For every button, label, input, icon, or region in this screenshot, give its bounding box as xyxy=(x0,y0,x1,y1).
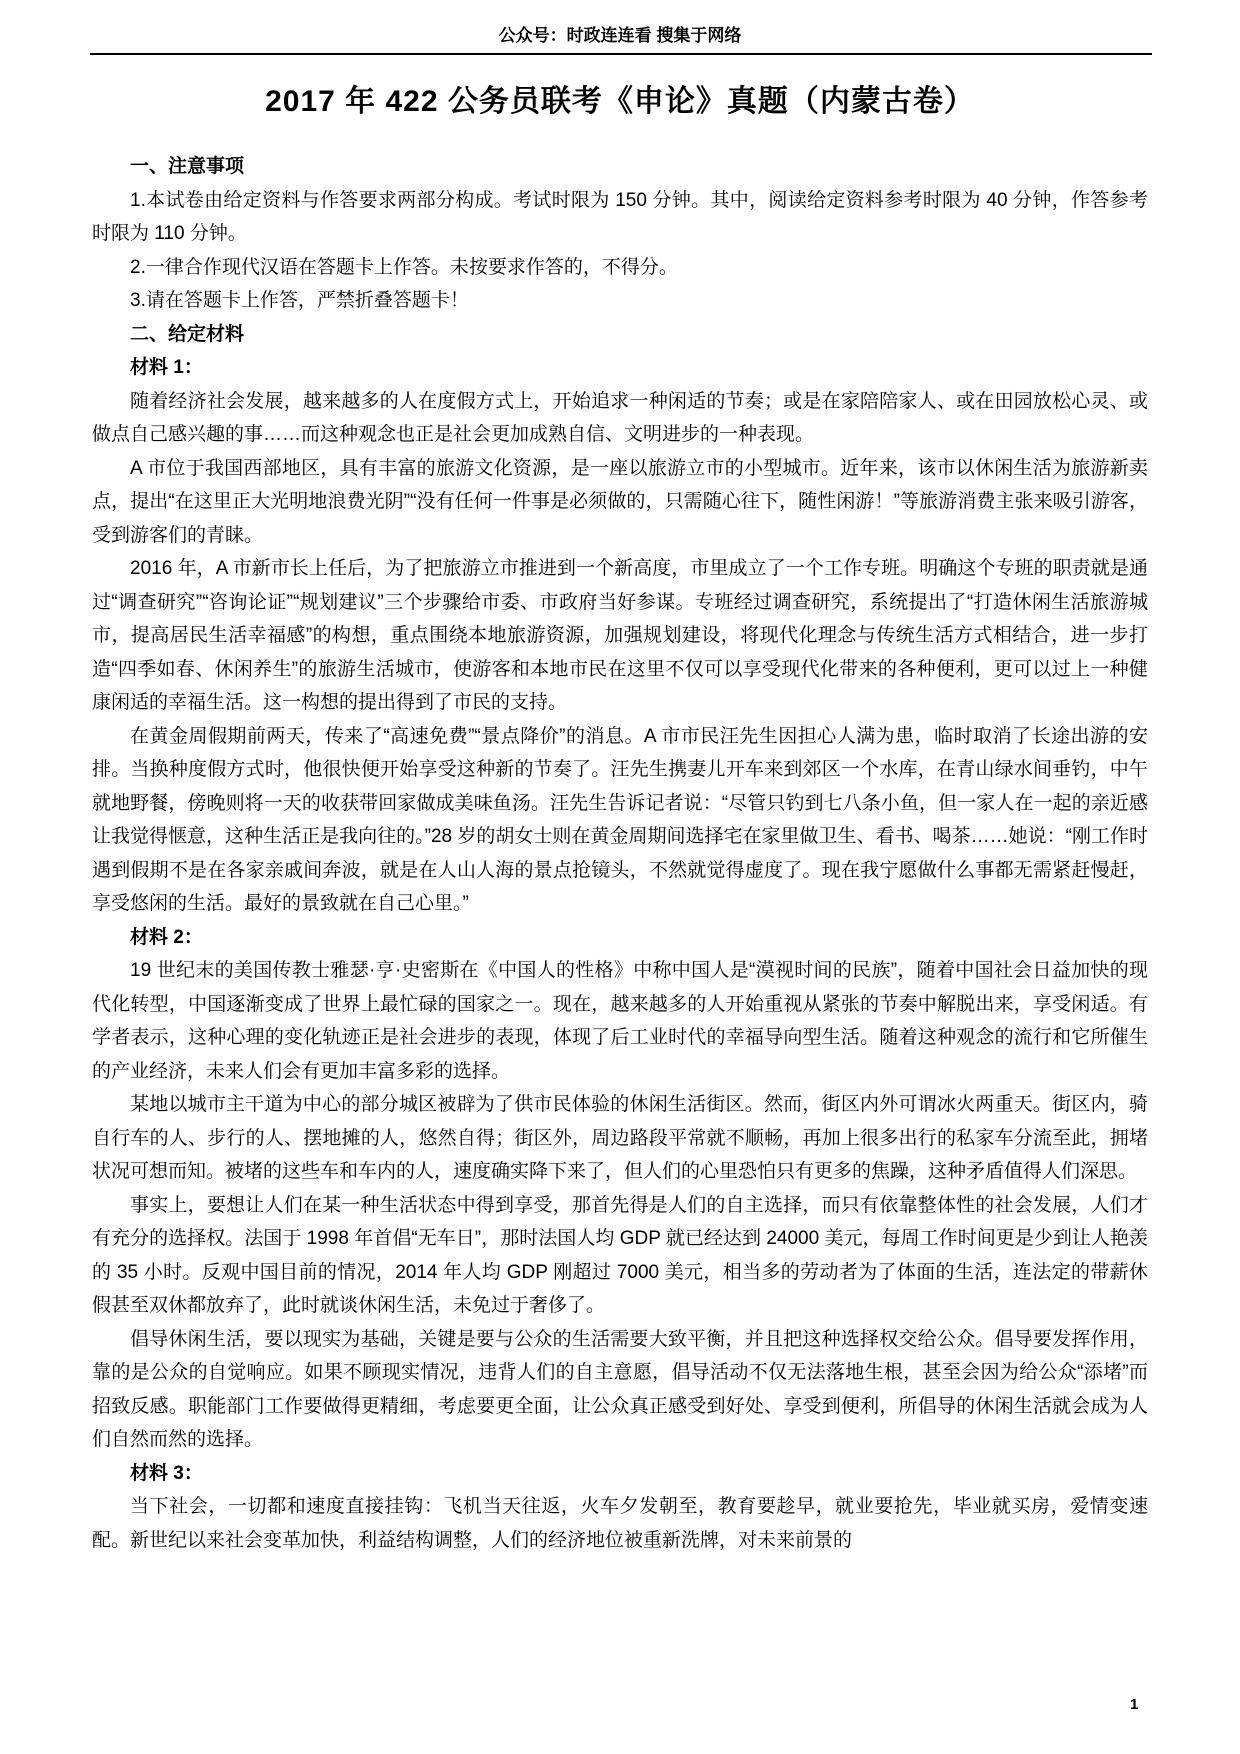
header-watermark: 公众号：时政连连看 搜集于网络 xyxy=(0,21,1240,46)
notice-section-heading: 一、注意事项 xyxy=(92,150,1148,184)
material-2-heading: 材料 2： xyxy=(92,921,1148,955)
material-1-paragraph-2: A 市位于我国西部地区，具有丰富的旅游文化资源，是一座以旅游立市的小型城市。近年… xyxy=(92,452,1148,553)
material-1-paragraph-3: 2016 年，A 市新市长上任后，为了把旅游立市推进到一个新高度，市里成立了一个… xyxy=(92,552,1148,720)
material-2-paragraph-2: 某地以城市主干道为中心的部分城区被辟为了供市民体验的休闲生活街区。然而，街区内外… xyxy=(92,1088,1148,1189)
notice-item-1: 1.本试卷由给定资料与作答要求两部分构成。考试时限为 150 分钟。其中，阅读给… xyxy=(92,184,1148,251)
material-2-paragraph-4: 倡导休闲生活，要以现实为基础，关键是要与公众的生活需要大致平衡，并且把这种选择权… xyxy=(92,1323,1148,1457)
material-2-paragraph-1: 19 世纪末的美国传教士雅瑟·亨·史密斯在《中国人的性格》中称中国人是“漠视时间… xyxy=(92,954,1148,1088)
material-3-paragraph-1: 当下社会，一切都和速度直接挂钩：飞机当天往返，火车夕发朝至，教育要趁早，就业要抢… xyxy=(92,1490,1148,1557)
material-2-paragraph-3: 事实上，要想让人们在某一种生活状态中得到享受，那首先得是人们的自主选择，而只有依… xyxy=(92,1189,1148,1323)
material-1-heading: 材料 1： xyxy=(92,351,1148,385)
header-rule xyxy=(90,53,1152,55)
material-1-paragraph-4: 在黄金周假期前两天，传来了“高速免费”“景点降价”的消息。A 市市民汪先生因担心… xyxy=(92,720,1148,921)
document-title: 2017 年 422 公务员联考《申论》真题（内蒙古卷） xyxy=(0,76,1240,120)
material-1-paragraph-1: 随着经济社会发展，越来越多的人在度假方式上，开始追求一种闲适的节奏；或是在家陪陪… xyxy=(92,385,1148,452)
notice-item-3: 3.请在答题卡上作答，严禁折叠答题卡！ xyxy=(92,284,1148,318)
document-body: 一、注意事项 1.本试卷由给定资料与作答要求两部分构成。考试时限为 150 分钟… xyxy=(92,150,1148,1557)
notice-item-2: 2.一律合作现代汉语在答题卡上作答。未按要求作答的，不得分。 xyxy=(92,251,1148,285)
page-number: 1 xyxy=(1130,1696,1138,1713)
material-3-heading: 材料 3： xyxy=(92,1457,1148,1491)
exam-paper-page: 公众号：时政连连看 搜集于网络 2017 年 422 公务员联考《申论》真题（内… xyxy=(0,0,1240,1754)
materials-section-heading: 二、给定材料 xyxy=(92,318,1148,352)
